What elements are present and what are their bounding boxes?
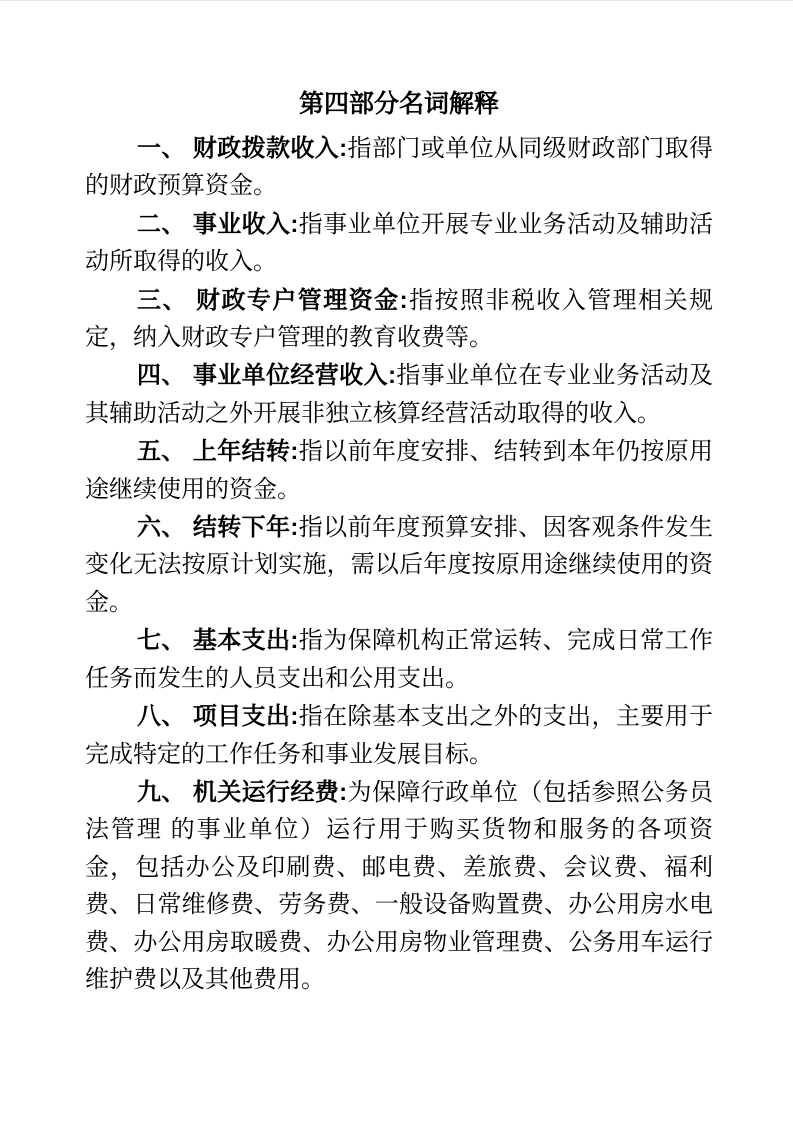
glossary-term: 二、 事业收入: [137, 211, 298, 238]
page-title: 第四部分名词解释 [85, 87, 713, 121]
glossary-definition: 为保障行政单位（包括参照公务员法管理 的事业单位）运行用于购买货物和服务的各项资… [85, 780, 713, 993]
glossary-item: 五、 上年结转:指以前年度安排、结转到本年仍按原用途继续使用的资金。 [85, 433, 713, 509]
glossary-term: 九、 机关运行经费: [137, 779, 347, 806]
glossary-item: 一、 财政拨款收入:指部门或单位从同级财政部门取得的财政预算资金。 [85, 130, 713, 206]
glossary-item: 四、 事业单位经营收入:指事业单位在专业业务活动及其辅助活动之外开展非独立核算经… [85, 357, 713, 433]
glossary-item: 七、 基本支出:指为保障机构正常运转、完成日常工作任务而发生的人员支出和公用支出… [85, 622, 713, 698]
glossary-term: 六、 结转下年: [137, 514, 298, 541]
glossary-term: 八、 项目支出: [137, 703, 298, 730]
page-body: 第四部分名词解释 一、 财政拨款收入:指部门或单位从同级财政部门取得的财政预算资… [0, 1, 793, 1122]
glossary-item: 三、 财政专户管理资金:指按照非税收入管理相关规定，纳入财政专户管理的教育收费等… [85, 282, 713, 358]
glossary-term: 一、 财政拨款收入: [137, 135, 347, 162]
glossary-term: 七、 基本支出: [137, 627, 298, 654]
glossary-item: 八、 项目支出:指在除基本支出之外的支出，主要用于完成特定的工作任务和事业发展目… [85, 698, 713, 774]
glossary-item: 二、 事业收入:指事业单位开展专业业务活动及辅助活动所取得的收入。 [85, 206, 713, 282]
glossary-term: 四、 事业单位经营收入: [137, 362, 396, 389]
document-page: { "page": { "background_color": "#ffffff… [0, 0, 793, 1122]
glossary-term: 三、 财政专户管理资金: [137, 287, 408, 314]
glossary-item: 六、 结转下年:指以前年度预算安排、因客观条件发生变化无法按原计划实施，需以后年… [85, 509, 713, 622]
glossary-item: 九、 机关运行经费:为保障行政单位（包括参照公务员法管理 的事业单位）运行用于购… [85, 774, 713, 999]
glossary-term: 五、 上年结转: [137, 438, 298, 465]
